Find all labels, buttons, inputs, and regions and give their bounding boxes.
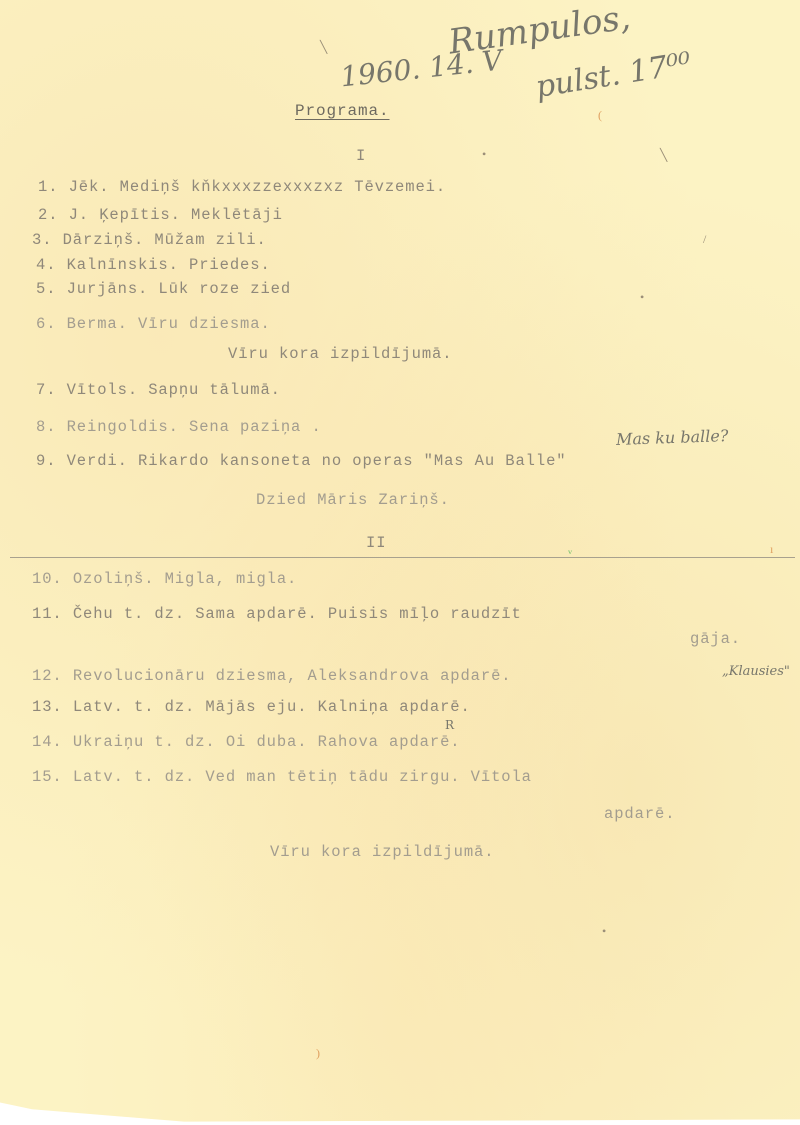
program-item: 8. Reingoldis. Sena paziņa .: [36, 418, 322, 436]
item-text: Dārziņš. Mūžam zili.: [63, 231, 267, 249]
item-number: 13.: [32, 698, 63, 716]
item-text: Vītols. Sapņu tālumā.: [67, 381, 281, 399]
item-number: 4.: [36, 256, 56, 274]
item-number: 8.: [36, 418, 56, 436]
program-item: 4. Kalnīnskis. Priedes.: [36, 256, 271, 274]
item-number: 2.: [38, 206, 58, 224]
handwritten-time: pulst. 17⁰⁰: [533, 46, 693, 105]
document-page: Rumpulos, 1960. 14. V pulst. 17⁰⁰ Progra…: [0, 0, 800, 1125]
item-text: J. Ķepītis. Meklētāji: [69, 206, 283, 224]
stray-mark: ): [316, 1046, 320, 1061]
item-number: 9.: [36, 452, 56, 470]
section-2-label: II: [366, 534, 386, 552]
program-item: 11. Čehu t. dz. Sama apdarē. Puisis mīļo…: [32, 605, 522, 623]
stray-mark: ı: [770, 542, 773, 557]
stray-mark: ╲: [660, 148, 667, 163]
item-number: 12.: [32, 667, 63, 685]
section-1-label: I: [356, 147, 366, 165]
item-number: 10.: [32, 570, 63, 588]
program-item: 6. Berma. Vīru dziesma.: [36, 315, 271, 333]
page-title: Programa.: [295, 102, 390, 120]
program-item: 1. Jēk. Mediņš kňkxxxzzexxxzxz Tēvzemei.: [38, 178, 446, 196]
item-number: 1.: [38, 178, 58, 196]
performer-line: Dzied Māris Zariņš.: [256, 491, 450, 509]
item-text: Čehu t. dz. Sama apdarē. Puisis mīļo rau…: [73, 605, 522, 623]
item-text: Berma. Vīru dziesma.: [67, 315, 271, 333]
stray-mark: (: [598, 108, 602, 123]
item-text: Ozoliņš. Migla, migla.: [73, 570, 297, 588]
handwritten-note: „Klausies": [722, 664, 790, 679]
program-item: 7. Vītols. Sapņu tālumā.: [36, 381, 281, 399]
item-text: Latv. t. dz. Mājās eju. Kalniņa apdarē.: [73, 698, 471, 716]
item-number: 14.: [32, 733, 63, 751]
program-item: 14. Ukraiņu t. dz. Oi duba. Rahova apdar…: [32, 733, 460, 751]
item-number: 7.: [36, 381, 56, 399]
item-number: 15.: [32, 768, 63, 786]
item-number: 6.: [36, 315, 56, 333]
margin-note: Mas ku balle?: [616, 426, 729, 449]
program-item: 9. Verdi. Rikardo kansoneta no operas "M…: [36, 452, 566, 470]
item-continuation: gāja.: [690, 630, 741, 648]
item-number: 11.: [32, 605, 63, 623]
performer-line: Vīru kora izpildījumā.: [228, 345, 452, 363]
item-text: Kalnīnskis. Priedes.: [67, 256, 271, 274]
item-text: Jurjāns. Lūk roze zied: [67, 280, 291, 298]
handwritten-correction: R: [445, 718, 454, 732]
stray-mark: •: [640, 290, 644, 305]
item-text: Revolucionāru dziesma, Aleksandrova apda…: [73, 667, 512, 685]
item-number: 3.: [32, 231, 52, 249]
stray-mark: •: [602, 924, 606, 939]
performer-line: Vīru kora izpildījumā.: [270, 843, 494, 861]
item-text: Verdi. Rikardo kansoneta no operas "Mas …: [67, 452, 567, 470]
item-text: Ukraiņu t. dz. Oi duba. Rahova apdarē.: [73, 733, 461, 751]
program-item: 2. J. Ķepītis. Meklētāji: [38, 206, 283, 224]
program-item: 5. Jurjāns. Lūk roze zied: [36, 280, 291, 298]
stray-mark: •: [482, 147, 486, 162]
program-item: 13. Latv. t. dz. Mājās eju. Kalniņa apda…: [32, 698, 471, 716]
handwritten-date: 1960. 14. V: [339, 44, 504, 94]
program-item: 12. Revolucionāru dziesma, Aleksandrova …: [32, 667, 511, 685]
item-text: Latv. t. dz. Ved man tētiņ tādu zirgu. V…: [73, 768, 532, 786]
stray-mark: ᵥ: [568, 542, 572, 558]
section-divider: [10, 557, 795, 558]
program-item: 10. Ozoliņš. Migla, migla.: [32, 570, 297, 588]
item-number: 5.: [36, 280, 56, 298]
program-item: 3. Dārziņš. Mūžam zili.: [32, 231, 267, 249]
item-text: Reingoldis. Sena paziņa .: [67, 418, 322, 436]
stray-mark: ╲: [320, 40, 327, 55]
item-continuation: apdarē.: [604, 805, 675, 823]
program-item: 15. Latv. t. dz. Ved man tētiņ tādu zirg…: [32, 768, 532, 786]
item-text: Jēk. Mediņš kňkxxxzzexxxzxz Tēvzemei.: [69, 178, 446, 196]
stray-mark: /: [703, 232, 706, 247]
